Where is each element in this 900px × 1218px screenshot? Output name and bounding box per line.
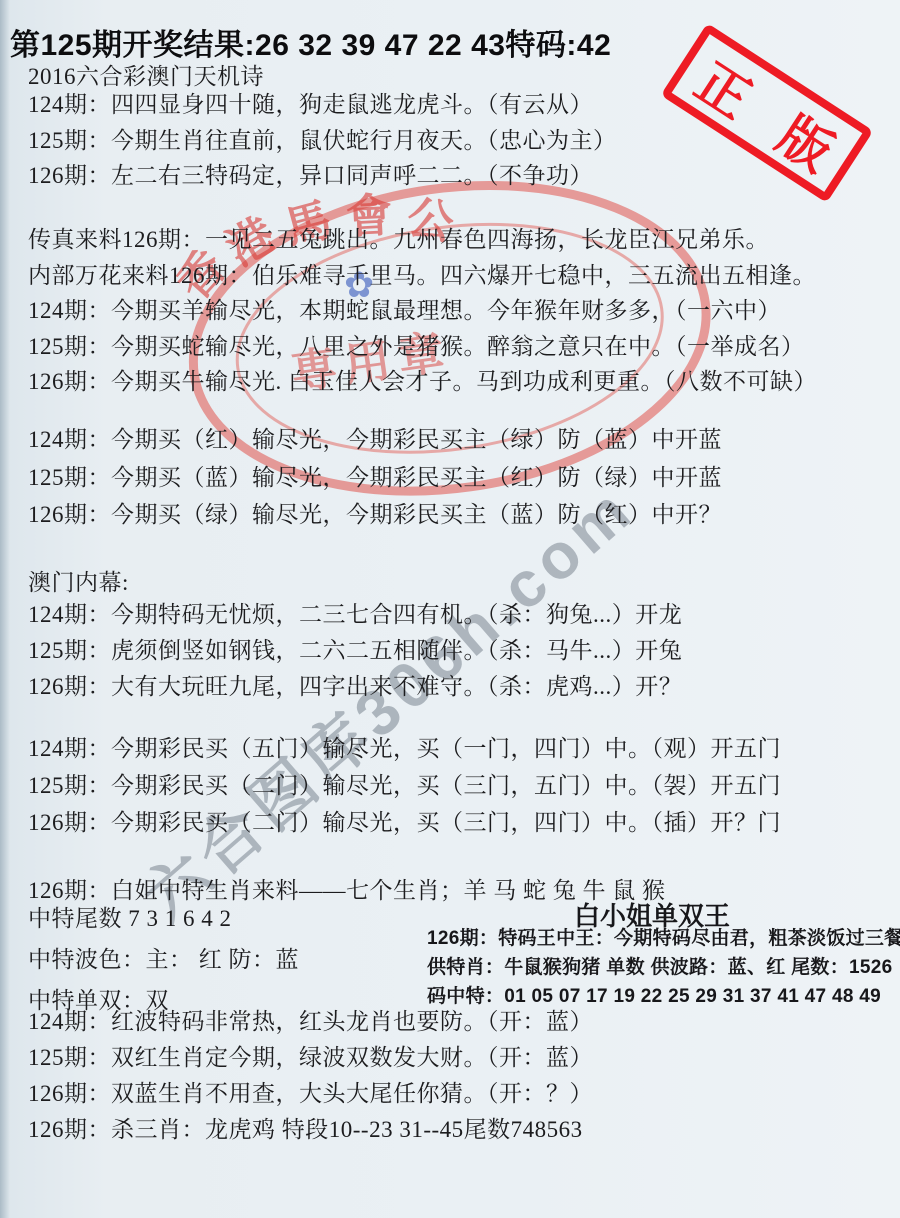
insider-section: 124期：今期特码无忧烦，二三七合四有机。（杀：狗兔...）开龙 125期：虎须… (28, 597, 682, 705)
poem-line: 124期：四四显身四十随，狗走鼠逃龙虎斗。（有云从） (28, 87, 617, 123)
lottery-flyer-page: 第125期开奖结果:26 32 39 47 22 43特码:42 正 版 香 港… (0, 0, 900, 1218)
material-line: 内部万花来料126期：伯乐难寻千里马。四六爆开七稳中，三五流出五相逢。 (28, 258, 817, 294)
authentic-stamp: 正 版 (658, 28, 886, 204)
gate-line: 126期：今期彩民买（二门）输尽光，买（三门，四门）中。（插）开？门 (28, 804, 781, 841)
poem-line: 125期：今期生肖往直前，鼠伏蛇行月夜天。（忠心为主） (28, 123, 617, 159)
zodiac-left-column: 中特尾数 7 3 1 6 4 2 中特波色：主： 红 防：蓝 中特单双：双 (28, 898, 299, 1021)
wave-line: 124期：红波特码非常热，红头龙肖也要防。（开：蓝） (28, 1004, 593, 1040)
color-buy-line: 126期：今期买（绿）输尽光，今期彩民买主（蓝）防（红）中开？ (28, 496, 722, 534)
wave-line: 125期：双红生肖定今期，绿波双数发大财。（开：蓝） (28, 1040, 593, 1076)
color-buy-section: 124期：今期买（红）输尽光，今期彩民买主（绿）防（蓝）中开蓝 125期：今期买… (28, 421, 722, 534)
insider-line: 124期：今期特码无忧烦，二三七合四有机。（杀：狗兔...）开龙 (28, 597, 682, 633)
wave-section: 124期：红波特码非常热，红头龙肖也要防。（开：蓝） 125期：双红生肖定今期，… (28, 1004, 593, 1148)
material-line: 124期：今期买羊输尽光，本期蛇鼠最理想。今年猴年财多多，（一六中） (28, 293, 817, 329)
miss-white-column: 126期：特码王中王：今期特码尽由君，粗茶淡饭过三餐 供特肖：牛鼠猴狗猪 单数 … (427, 924, 897, 1011)
insider-line: 126期：大有大玩旺九尾，四字出来不难守。（杀：虎鸡...）开？ (28, 669, 682, 705)
authentic-stamp-box: 正 版 (661, 23, 874, 203)
color-buy-line: 124期：今期买（红）输尽光，今期彩民买主（绿）防（蓝）中开蓝 (28, 421, 722, 459)
gate-line: 124期：今期彩民买（五门）输尽光，买（一门，四门）中。（观）开五门 (28, 730, 781, 767)
kill-three-zodiac-line: 126期：杀三肖：龙虎鸡 特段10--23 31--45尾数748563 (28, 1112, 593, 1148)
wave-line: 126期：双蓝生肖不用查，大头大尾任你猜。（开：？） (28, 1076, 593, 1112)
gate-section: 124期：今期彩民买（五门）输尽光，买（一门，四门）中。（观）开五门 125期：… (28, 730, 781, 841)
material-line: 126期：今期买牛输尽光. 白玉佳人会才子。马到功成利更重。（八数不可缺） (28, 364, 817, 400)
poem-section: 124期：四四显身四十随，狗走鼠逃龙虎斗。（有云从） 125期：今期生肖往直前，… (28, 87, 617, 194)
material-line: 125期：今期买蛇输尽光，八里之外是猪猴。醉翁之意只在中。（一举成名） (28, 329, 817, 365)
insider-line: 125期：虎须倒竖如钢钱，二六二五相随伴。（杀：马牛...）开兔 (28, 633, 682, 669)
authentic-stamp-char-1: 正 (684, 41, 768, 132)
poem-line: 126期：左二右三特码定，异口同声呼二二。（不争功） (28, 158, 617, 194)
gate-line: 125期：今期彩民买（二门）输尽光，买（三门，五门）中。（袈）开五门 (28, 767, 781, 804)
king-of-kings-line: 126期：特码王中王：今期特码尽由君，粗茶淡饭过三餐 (427, 924, 897, 953)
color-buy-line: 125期：今期买（蓝）输尽光，今期彩民买主（红）防（绿）中开蓝 (28, 459, 722, 497)
wave-color-line: 中特波色：主： 红 防：蓝 (28, 939, 299, 980)
tail-numbers-line: 中特尾数 7 3 1 6 4 2 (28, 898, 299, 939)
material-section: 传真来料126期：一见二五兔跳出。九州春色四海扬，长龙臣江兄弟乐。 内部万花来料… (28, 222, 817, 400)
zodiac-wave-line: 供特肖：牛鼠猴狗猪 单数 供波路：蓝、红 尾数：1526 (427, 953, 897, 982)
insider-header: 澳门内幕: (28, 564, 129, 597)
material-line: 传真来料126期：一见二五兔跳出。九州春色四海扬，长龙臣江兄弟乐。 (28, 222, 817, 258)
authentic-stamp-char-2: 版 (766, 94, 850, 185)
